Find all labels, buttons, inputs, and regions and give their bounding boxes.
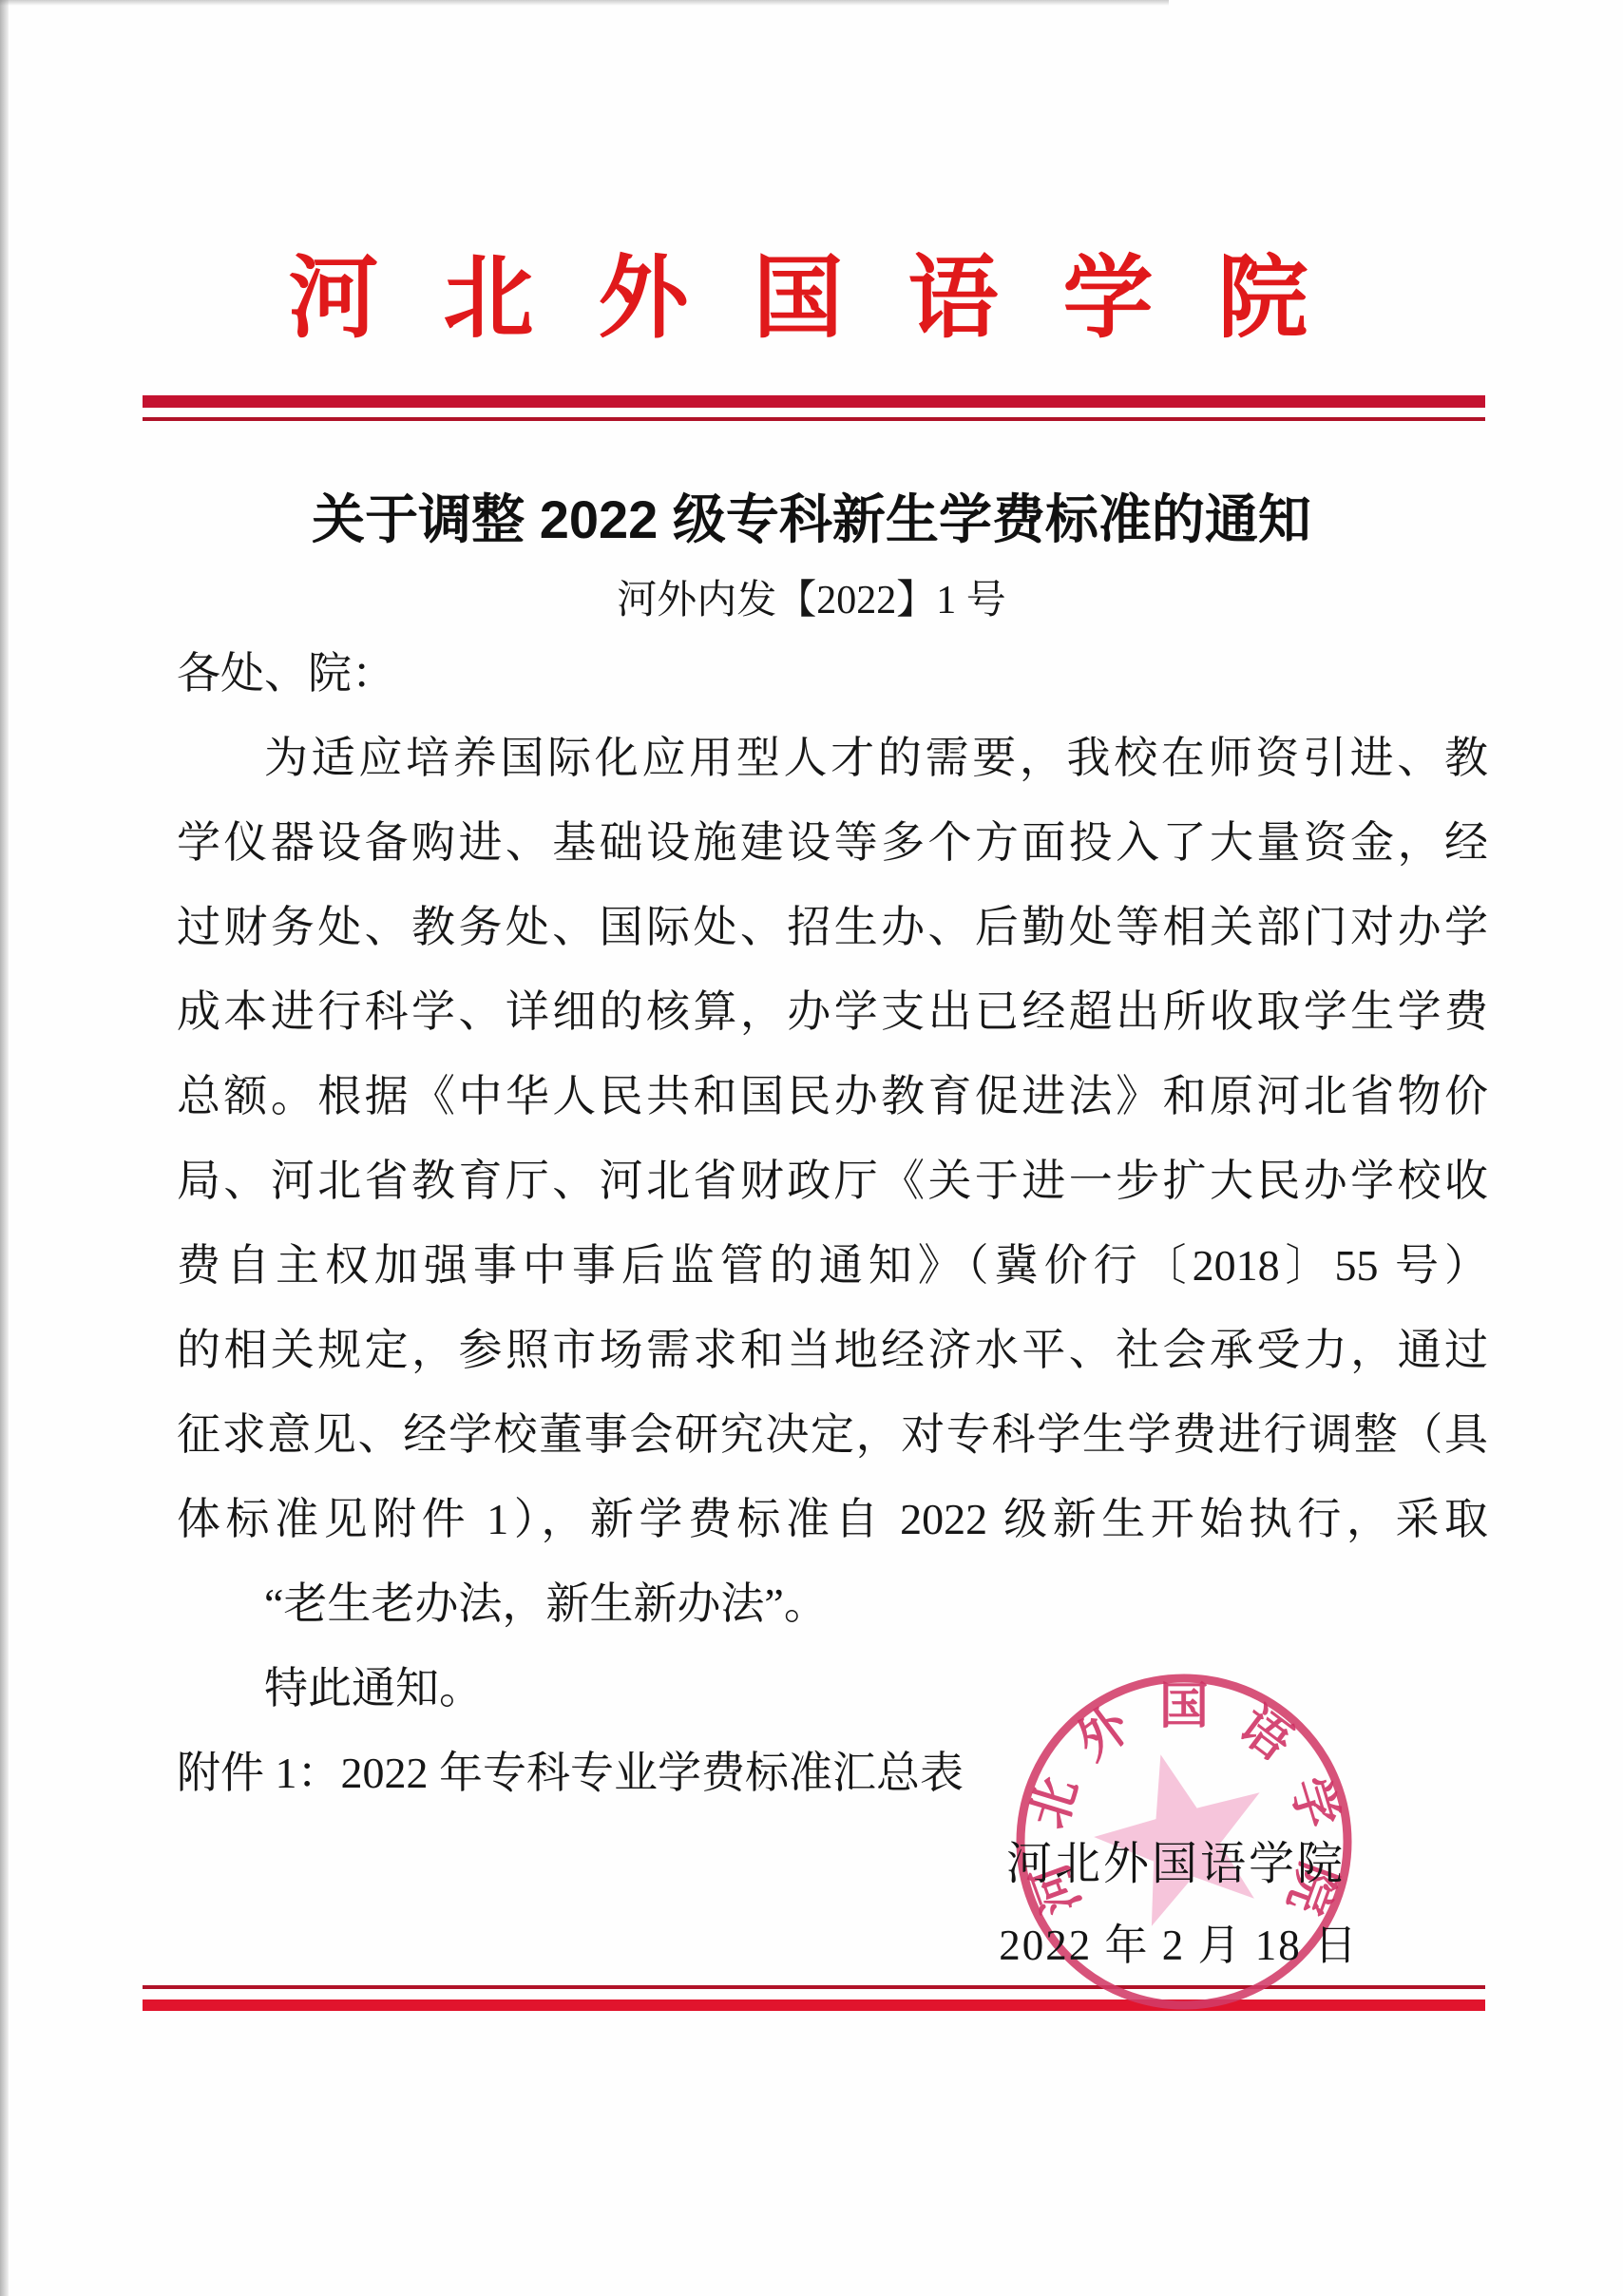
- divider-thin-line: [143, 417, 1485, 421]
- letterhead-school-name: 河北外国语学院: [0, 226, 1623, 355]
- salutation: 各处、院：: [177, 631, 1488, 716]
- seal-char: 外: [1067, 1696, 1140, 1770]
- document-page: 河北外国语学院 关于调整 2022 级专科新生学费标准的通知 河外内发【2022…: [0, 0, 1623, 2296]
- seal-char: 国: [1159, 1680, 1209, 1734]
- body-line: 过财务处、教务处、国际处、招生办、后勤处等相关部门对办学: [177, 885, 1488, 969]
- body-line: 总额。根据《中华人民共和国民办教育促进法》和原河北省物价: [177, 1054, 1488, 1138]
- seal-char: 语: [1229, 1697, 1301, 1770]
- body-line: 学仪器设备购进、基础设施建设等多个方面投入了大量资金，经: [177, 800, 1488, 885]
- body-line: 体标准见附件 1），新学费标准自 2022 级新生开始执行，采取: [177, 1477, 1488, 1561]
- notice-body: 各处、院： 为适应培养国际化应用型人才的需要，我校在师资引进、教 学仪器设备购进…: [177, 631, 1488, 1815]
- body-line: 为适应培养国际化应用型人才的需要，我校在师资引进、教: [177, 716, 1488, 800]
- issue-date: 2022 年 2 月 18 日: [0, 1910, 1623, 1972]
- body-line: 的相关规定，参照市场需求和当地经济水平、社会承受力，通过: [177, 1308, 1488, 1392]
- body-line: 征求意见、经学校董事会研究决定，对专科学生学费进行调整（具: [177, 1392, 1488, 1477]
- body-line: 成本进行科学、详细的核算，办学支出已经超出所收取学生学费: [177, 969, 1488, 1054]
- body-line: “老生老办法，新生新办法”。: [177, 1561, 1488, 1646]
- letterhead-divider: [143, 395, 1485, 421]
- notice-doc-number: 河外内发【2022】1 号: [0, 568, 1623, 625]
- body-line: 费自主权加强事中事后监管的通知》（冀价行〔2018〕55 号）: [177, 1223, 1488, 1308]
- notice-title: 关于调整 2022 级专科新生学费标准的通知: [0, 478, 1623, 554]
- body-line: 局、河北省教育厅、河北省财政厅《关于进一步扩大民办学校收: [177, 1138, 1488, 1223]
- issuer-signature: 河北外国语学院: [0, 1827, 1623, 1892]
- scan-edge-top: [0, 0, 1169, 6]
- divider-thick-line: [143, 395, 1485, 408]
